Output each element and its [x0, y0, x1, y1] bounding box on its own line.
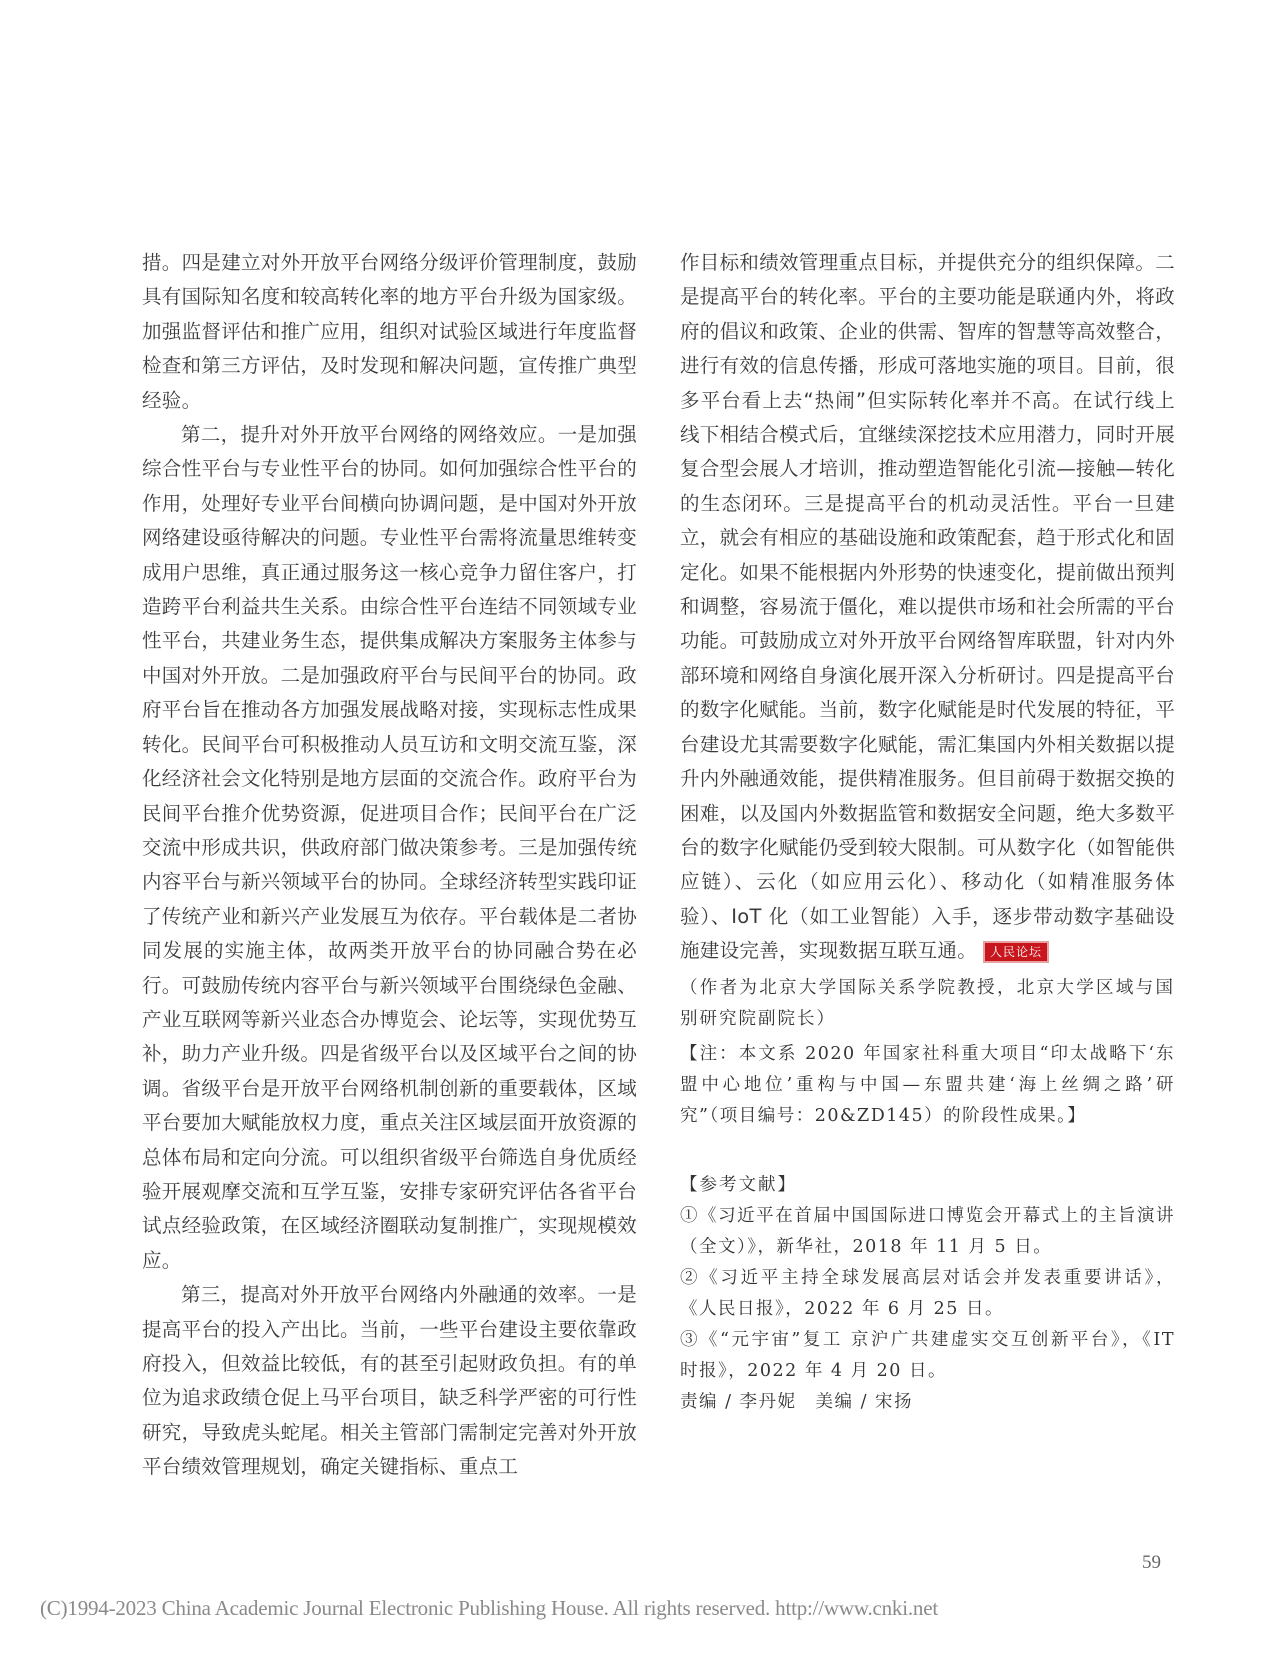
funding-note: 【注：本文系 2020 年国家社科重大项目“印太战略下‘东盟中心地位’重构与中国… — [680, 1039, 1175, 1132]
reference-item: ②《习近平主持全球发展高层对话会并发表重要讲话》，《人民日报》，2022 年 6… — [680, 1263, 1175, 1325]
paragraph-text: 作目标和绩效管理重点目标，并提供充分的组织保障。二是提高平台的转化率。平台的主要… — [680, 251, 1175, 962]
paragraph: 第三，提高对外开放平台网络内外融通的效率。一是提高平台的投入产出比。当前，一些平… — [142, 1278, 637, 1484]
references-title: 【参考文献】 — [680, 1170, 1175, 1201]
reference-item: ①《习近平在首届中国国际进口博览会开幕式上的主旨演讲（全文）》，新华社，2018… — [680, 1201, 1175, 1263]
copyright-notice: (C)1994-2023 China Academic Journal Elec… — [40, 1596, 938, 1621]
editors-credit: 责编 / 李丹妮 美编 / 宋扬 — [680, 1387, 1175, 1418]
paragraph: 措。四是建立对外开放平台网络分级评价管理制度，鼓励具有国际知名度和较高转化率的地… — [142, 246, 637, 418]
reference-item: ③《“元宇宙”复工 京沪广共建虚实交互创新平台》，《IT 时报》，2022 年 … — [680, 1325, 1175, 1387]
paragraph: 作目标和绩效管理重点目标，并提供充分的组织保障。二是提高平台的转化率。平台的主要… — [680, 246, 1175, 969]
right-text-column: 作目标和绩效管理重点目标，并提供充分的组织保障。二是提高平台的转化率。平台的主要… — [680, 246, 1175, 1418]
paragraph: 第二，提升对外开放平台网络的网络效应。一是加强综合性平台与专业性平台的协同。如何… — [142, 418, 637, 1278]
author-note: （作者为北京大学国际关系学院教授，北京大学区域与国别研究院副院长） — [680, 973, 1175, 1035]
page-number: 59 — [1142, 1552, 1161, 1574]
publication-logo-icon: 人民论坛 — [983, 941, 1049, 963]
left-text-column: 措。四是建立对外开放平台网络分级评价管理制度，鼓励具有国际知名度和较高转化率的地… — [142, 246, 637, 1485]
